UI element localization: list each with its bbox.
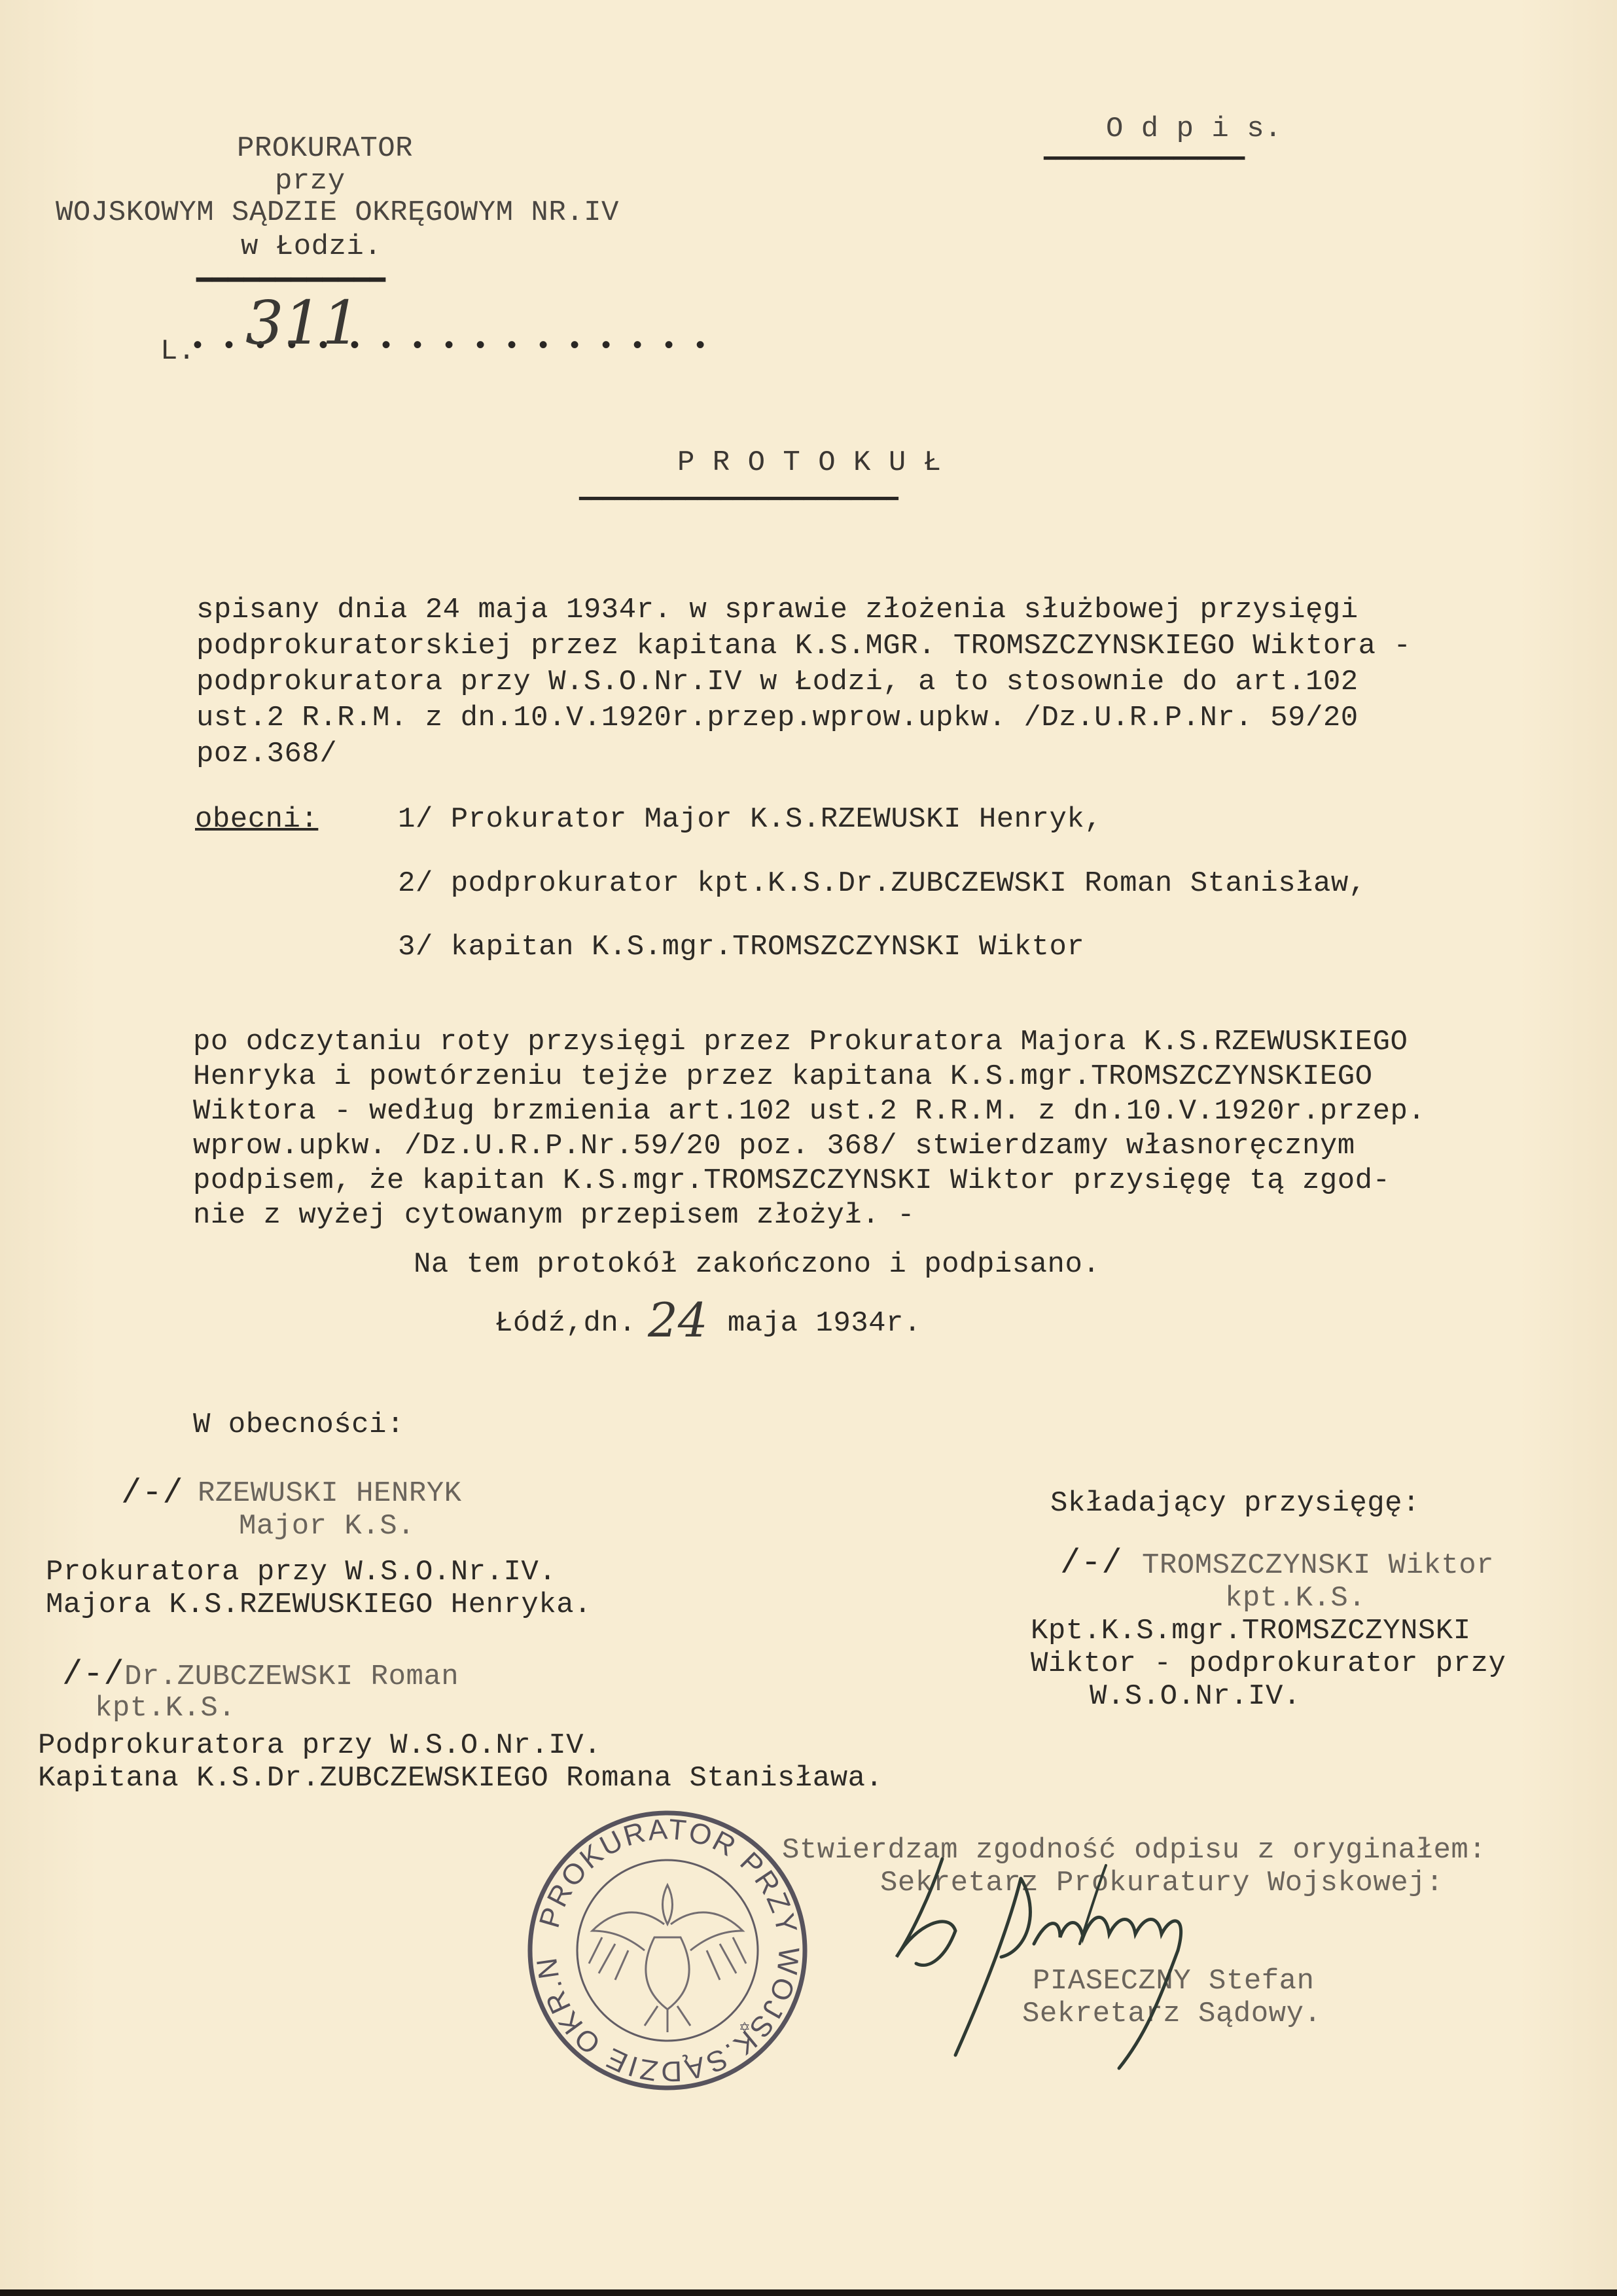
header-line-przy: przy: [275, 164, 346, 199]
intro-line: poz.368/: [196, 736, 337, 772]
svg-text:✡: ✡: [739, 2018, 750, 2037]
witness-rank: kpt.K.S.: [95, 1691, 236, 1726]
body-line: wprow.upkw. /Dz.U.R.P.Nr.59/20 poz. 368/…: [193, 1128, 1355, 1164]
reference-number: 311: [245, 288, 361, 358]
body-line: podpisem, że kapitan K.S.mgr.TROMSZCZYNS…: [193, 1163, 1391, 1198]
official-stamp: PROKURATOR PRZY WOJSK.SĄDZIE OKR.NR.IV. …: [524, 1806, 811, 2094]
page-title: P R O T O K U Ł: [677, 445, 942, 480]
date-day-handwritten: 24: [648, 1293, 708, 1348]
present-item: 1/ Prokurator Major K.S.RZEWUSKI Henryk,: [398, 802, 1102, 837]
handwritten-signature: [870, 1852, 1276, 2075]
body-line: nie z wyżej cytowanym przepisem złożył. …: [193, 1198, 915, 1233]
oath-taker-label: Składający przysięgę:: [1050, 1486, 1420, 1521]
header-line-city: w Łodzi.: [241, 229, 382, 264]
oath-taker-title-line: Kpt.K.S.mgr.TROMSZCZYNSKI: [1031, 1613, 1471, 1649]
oath-taker-title-line: W.S.O.Nr.IV.: [1090, 1679, 1301, 1714]
intro-line: ust.2 R.R.M. z dn.10.V.1920r.przep.wprow…: [196, 700, 1359, 736]
present-label: obecni:: [195, 802, 318, 837]
header-line-court: WOJSKOWYM SĄDZIE OKRĘGOWYM NR.IV: [56, 195, 619, 230]
body-line: po odczytaniu roty przysięgi przez Proku…: [193, 1024, 1408, 1060]
intro-line: podprokuratorskiej przez kapitana K.S.MG…: [196, 628, 1411, 664]
copy-label-divider: ━━━━━━━━━━━━━━━━━: [1044, 147, 1245, 171]
witness-name: RZEWUSKI HENRYK: [198, 1476, 462, 1511]
witness-title-line: Majora K.S.RZEWUSKIEGO Henryka.: [46, 1587, 592, 1623]
date-prefix: Łódź,dn.: [495, 1307, 636, 1340]
closing-line: Na tem protokół zakończono i podpisano.: [414, 1247, 1100, 1282]
witness-title-line: Prokuratora przy W.S.O.Nr.IV.: [46, 1554, 556, 1590]
witnesses-label: W obecności:: [193, 1407, 404, 1443]
present-item: 2/ podprokurator kpt.K.S.Dr.ZUBCZEWSKI R…: [398, 866, 1366, 901]
present-item: 3/ kapitan K.S.mgr.TROMSZCZYNSKI Wiktor: [398, 929, 1084, 965]
witness-title-line: Kapitana K.S.Dr.ZUBCZEWSKIEGO Romana Sta…: [38, 1761, 883, 1796]
witness-rank: Major K.S.: [239, 1509, 415, 1544]
witness-name: Dr.ZUBCZEWSKI Roman: [124, 1659, 459, 1695]
oath-taker-name: TROMSZCZYNSKI Wiktor: [1142, 1548, 1494, 1583]
date-line: Łódź,dn.: [495, 1306, 636, 1341]
title-divider: ━━━━━━━━━━━━━━━━━━━━━━━━━━━: [579, 488, 898, 512]
date-suffix: maja 1934r.: [710, 1306, 921, 1341]
page-edge: [0, 2289, 1617, 2296]
body-line: Wiktora - według brzmienia art.102 ust.2…: [193, 1094, 1425, 1129]
intro-line: spisany dnia 24 maja 1934r. w sprawie zł…: [196, 592, 1359, 628]
eagle-stamp-icon: PROKURATOR PRZY WOJSK.SĄDZIE OKR.NR.IV. …: [524, 1806, 811, 2094]
document-page: PROKURATOR przy WOJSKOWYM SĄDZIE OKRĘGOW…: [0, 0, 1617, 2296]
witness-title-line: Podprokuratora przy W.S.O.Nr.IV.: [38, 1728, 601, 1763]
signature-mark: /-/: [1060, 1546, 1122, 1581]
intro-line: podprokuratora przy W.S.O.Nr.IV w Łodzi,…: [196, 664, 1359, 700]
copy-label: O d p i s.: [1106, 111, 1282, 147]
signature-mark: /-/: [121, 1476, 183, 1511]
oath-taker-title-line: Wiktor - podprokurator przy: [1031, 1646, 1506, 1681]
oath-taker-rank: kpt.K.S.: [1225, 1581, 1366, 1616]
body-line: Henryka i powtórzeniu tejże przez kapita…: [193, 1059, 1373, 1094]
signature-mark: /-/: [62, 1657, 124, 1693]
header-line-prokurator: PROKURATOR: [237, 131, 413, 166]
